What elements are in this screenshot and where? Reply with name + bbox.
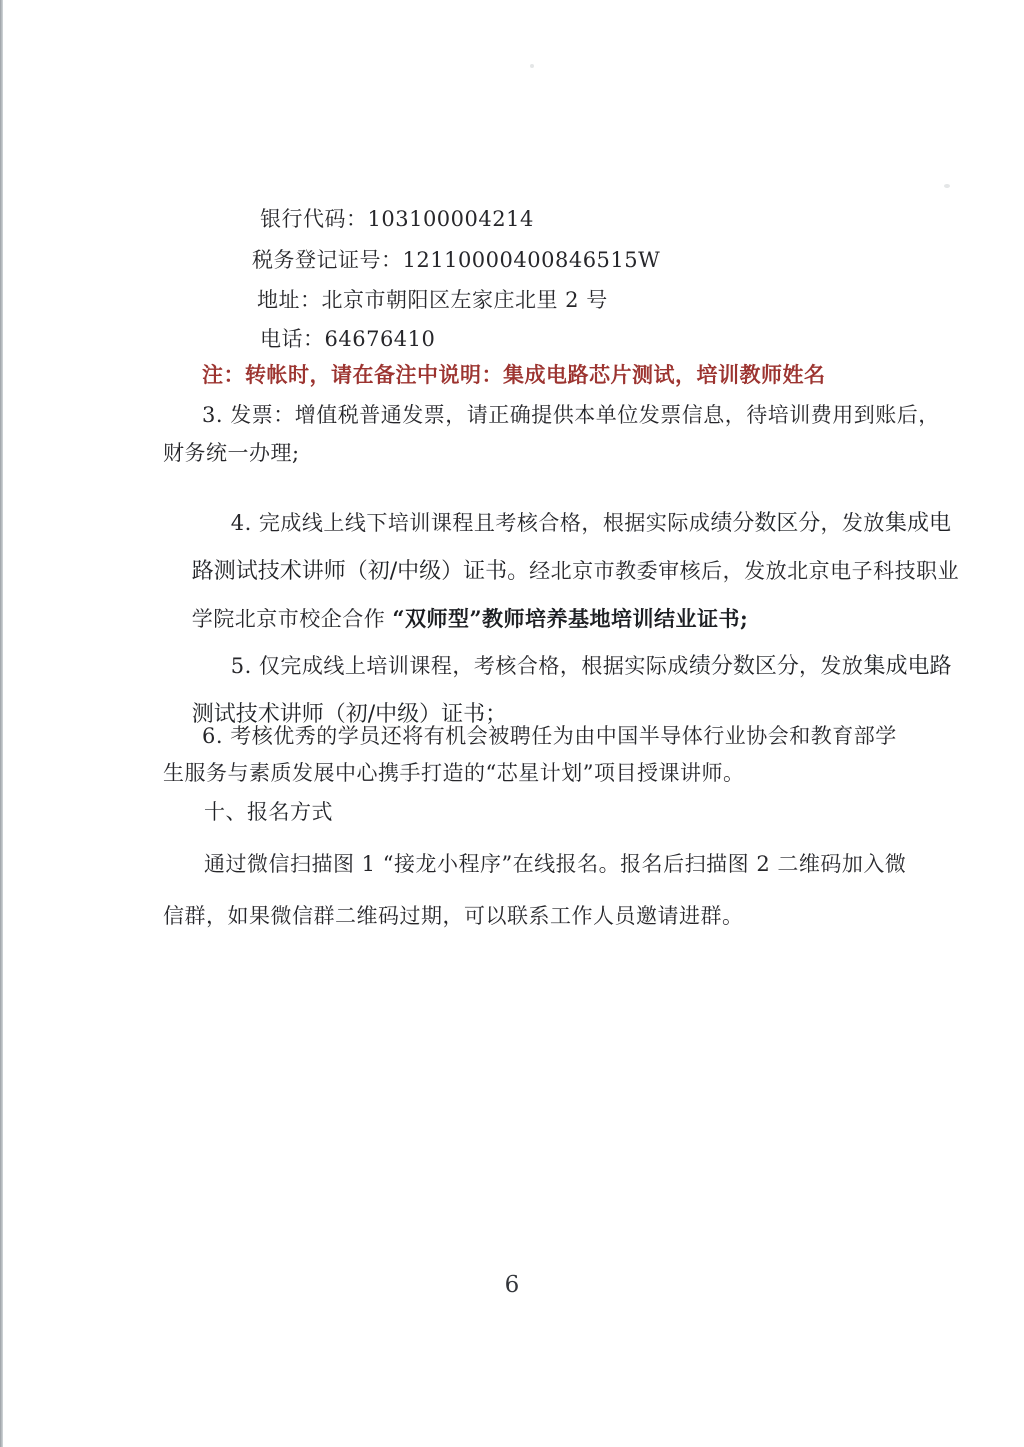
invoice-item-line2: 财务统一办理; [163, 440, 300, 466]
scan-speck [944, 184, 950, 188]
scan-edge-line [0, 0, 3, 1447]
signup-paragraph-line2: 信群，如果微信群二维码过期，可以联系工作人员邀请进群。 [163, 903, 744, 929]
page-number: 6 [0, 1272, 1024, 1298]
tax-id-line: 税务登记证号：12110000400846515W [252, 247, 660, 273]
document-page: 银行代码：103100004214 税务登记证号：121100004008465… [0, 0, 1024, 1447]
item5-line1-sans1: 绩分数区分 [689, 654, 799, 679]
transfer-note: 注：转帐时，请在备注中说明：集成电路芯片测试，培训教师姓名 [202, 362, 826, 388]
signup-section-heading: 十、报名方式 [204, 799, 333, 825]
item5-line1-sans2: 集成电路 [863, 654, 951, 679]
phone-line: 电话：64676410 [260, 326, 435, 352]
invoice-item-line1: 3. 发票：增值税普通发票，请正确提供本单位发票信息，待培训费用到账后， [202, 402, 940, 428]
lecturer-item6-line1: 6. 考核优秀的学员还将有机会被聘任为由中国半导体行业协会和教育部学 [202, 723, 897, 749]
bank-code-line: 银行代码：103100004214 [260, 206, 534, 232]
lecturer-item6-line2: 生服务与素质发展中心携手打造的“芯星计划”项目授课讲师。 [163, 760, 744, 786]
signup-paragraph-line1: 通过微信扫描图 1 “接龙小程序”在线报名。报名后扫描图 2 二维码加入微 [204, 851, 906, 877]
address-line: 地址：北京市朝阳区左家庄北里 2 号 [257, 287, 608, 313]
scan-speck [530, 64, 534, 68]
item5-line1-serif2: ，发放 [799, 654, 864, 678]
